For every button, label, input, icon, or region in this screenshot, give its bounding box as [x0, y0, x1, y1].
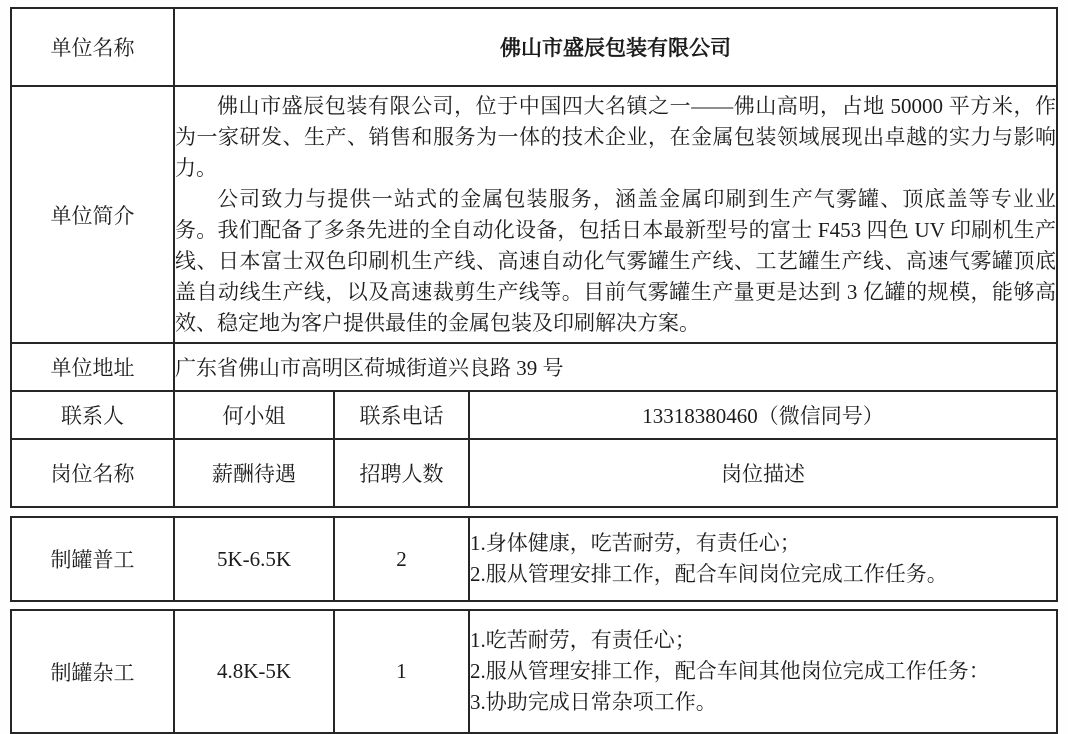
company-intro-value: 佛山市盛辰包装有限公司，位于中国四大名镇之一——佛山高明，占地 50000 平方… [174, 86, 1057, 343]
job-header-title: 岗位名称 [11, 439, 174, 507]
company-name-row: 单位名称 佛山市盛辰包装有限公司 [11, 8, 1057, 86]
job-row-2: 制罐杂工 4.8K-5K 1 1.吃苦耐劳，有责任心； 2.服从管理安排工作，配… [10, 609, 1058, 734]
job-header-row: 岗位名称 薪酬待遇 招聘人数 岗位描述 [11, 439, 1057, 507]
job-headcount: 1 [334, 610, 469, 733]
company-address-label: 单位地址 [11, 343, 174, 391]
job-header-salary: 薪酬待遇 [174, 439, 334, 507]
phone-value: 13318380460（微信同号） [469, 391, 1057, 439]
company-address-row: 单位地址 广东省佛山市高明区荷城街道兴良路 39 号 [11, 343, 1057, 391]
job-description: 1.身体健康，吃苦耐劳，有责任心； 2.服从管理安排工作，配合车间岗位完成工作任… [469, 517, 1057, 601]
job-description: 1.吃苦耐劳，有责任心； 2.服从管理安排工作，配合车间其他岗位完成工作任务： … [469, 610, 1057, 733]
company-info-table: 单位名称 佛山市盛辰包装有限公司 单位简介 佛山市盛辰包装有限公司，位于中国四大… [10, 7, 1058, 508]
job-headcount: 2 [334, 517, 469, 601]
company-name-label: 单位名称 [11, 8, 174, 86]
table-row: 制罐普工 5K-6.5K 2 1.身体健康，吃苦耐劳，有责任心； 2.服从管理安… [11, 517, 1057, 601]
job-header-description: 岗位描述 [469, 439, 1057, 507]
job-description-line: 1.吃苦耐劳，有责任心； [470, 625, 1056, 656]
intro-paragraph-1: 佛山市盛辰包装有限公司，位于中国四大名镇之一——佛山高明，占地 50000 平方… [175, 91, 1056, 184]
contact-name: 何小姐 [174, 391, 334, 439]
company-intro-label: 单位简介 [11, 86, 174, 343]
job-header-headcount: 招聘人数 [334, 439, 469, 507]
intro-paragraph-2: 公司致力与提供一站式的金属包装服务，涵盖金属印刷到生产气雾罐、顶底盖等专业业务。… [175, 184, 1056, 339]
job-description-line: 3.协助完成日常杂项工作。 [470, 687, 1056, 718]
table-row: 制罐杂工 4.8K-5K 1 1.吃苦耐劳，有责任心； 2.服从管理安排工作，配… [11, 610, 1057, 733]
job-salary: 5K-6.5K [174, 517, 334, 601]
contact-label: 联系人 [11, 391, 174, 439]
contact-row: 联系人 何小姐 联系电话 13318380460（微信同号） [11, 391, 1057, 439]
company-name-value: 佛山市盛辰包装有限公司 [174, 8, 1057, 86]
job-description-line: 1.身体健康，吃苦耐劳，有责任心； [470, 528, 1056, 559]
job-description-line: 2.服从管理安排工作，配合车间其他岗位完成工作任务： [470, 656, 1056, 687]
company-address-value: 广东省佛山市高明区荷城街道兴良路 39 号 [174, 343, 1057, 391]
job-description-line: 2.服从管理安排工作，配合车间岗位完成工作任务。 [470, 559, 1056, 590]
job-row-1: 制罐普工 5K-6.5K 2 1.身体健康，吃苦耐劳，有责任心； 2.服从管理安… [10, 516, 1058, 602]
phone-label: 联系电话 [334, 391, 469, 439]
company-intro-row: 单位简介 佛山市盛辰包装有限公司，位于中国四大名镇之一——佛山高明，占地 500… [11, 86, 1057, 343]
job-title: 制罐普工 [11, 517, 174, 601]
job-salary: 4.8K-5K [174, 610, 334, 733]
job-posting-document: 单位名称 佛山市盛辰包装有限公司 单位简介 佛山市盛辰包装有限公司，位于中国四大… [0, 0, 1068, 734]
job-title: 制罐杂工 [11, 610, 174, 733]
